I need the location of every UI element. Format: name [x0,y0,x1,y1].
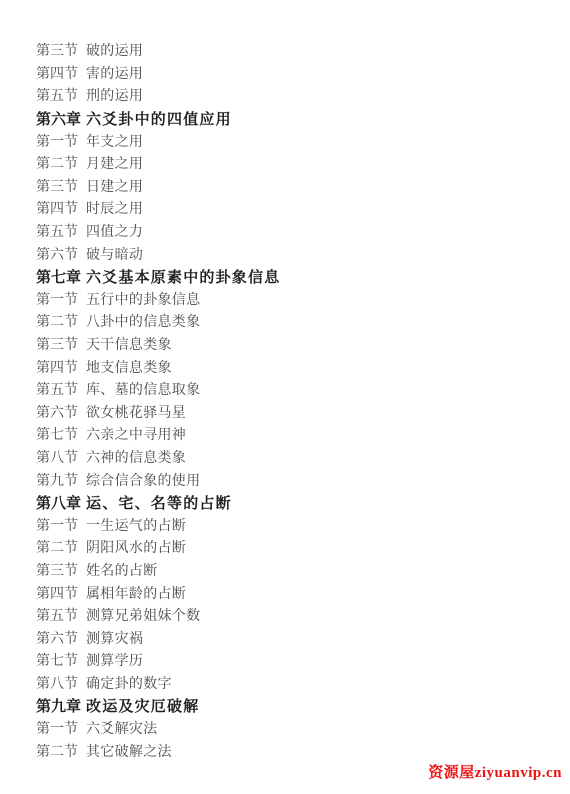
toc-entry-title: 破与暗动 [86,244,143,264]
toc-entry-title: 改运及灾厄破解 [86,695,199,716]
toc-entry-label: 第一节 [36,515,86,535]
toc-row: 第一节 一生运气的占断 [36,513,560,536]
toc-entry-label: 第二节 [36,741,86,761]
toc-row: 第一节 五行中的卦象信息 [36,288,560,311]
toc-row: 第三节 破的运用 [36,39,560,62]
toc-entry-title: 害的运用 [86,63,143,83]
toc-row: 第一节 六爻解灾法 [36,717,560,740]
toc-row: 第五节 四值之力 [36,220,560,243]
toc-entry-title: 刑的运用 [86,85,143,105]
toc-entry-title: 姓名的占断 [86,560,158,580]
watermark: 资源屋ziyuanvip.cn [428,761,562,782]
toc-entry-label: 第五节 [36,605,86,625]
toc-entry-title: 地支信息类象 [86,357,172,377]
toc-entry-title: 属相年龄的占断 [86,583,186,603]
document-page: 第三节 破的运用 第四节 害的运用 第五节 刑的运用 第六章 六爻卦中的四值应用… [0,0,570,794]
toc-entry-label: 第三节 [36,176,86,196]
toc-entry-label: 第二节 [36,153,86,173]
toc-entry-title: 综合信合象的使用 [86,470,200,490]
toc-entry-title: 日建之用 [86,176,143,196]
toc-entry-label: 第三节 [36,40,86,60]
toc-entry-title: 天干信息类象 [86,334,172,354]
toc-entry-title: 四值之力 [86,221,143,241]
toc-row: 第七章 六爻基本原素中的卦象信息 [36,265,560,288]
toc-row: 第八节 六神的信息类象 [36,446,560,469]
toc-entry-label: 第三节 [36,560,86,580]
toc-entry-label: 第一节 [36,131,86,151]
toc-row: 第五节 刑的运用 [36,84,560,107]
toc-entry-title: 其它破解之法 [86,741,172,761]
toc-entry-title: 五行中的卦象信息 [86,289,200,309]
toc-row: 第六节 欲女桃花驿马星 [36,401,560,424]
toc-entry-title: 欲女桃花驿马星 [86,402,186,422]
toc-entry-label: 第五节 [36,221,86,241]
toc-entry-label: 第三节 [36,334,86,354]
toc-entry-label: 第五节 [36,85,86,105]
toc-entry-label: 第六节 [36,628,86,648]
toc-entry-title: 一生运气的占断 [86,515,186,535]
toc-entry-label: 第六章 [36,108,86,129]
toc-entry-title: 运、宅、名等的占断 [86,492,232,513]
toc-entry-title: 六亲之中寻用神 [86,424,186,444]
toc-row: 第九章 改运及灾厄破解 [36,694,560,717]
toc-entry-title: 六爻卦中的四值应用 [86,108,232,129]
toc-list: 第三节 破的运用 第四节 害的运用 第五节 刑的运用 第六章 六爻卦中的四值应用… [36,39,560,762]
toc-row: 第二节 月建之用 [36,152,560,175]
toc-entry-title: 阴阳风水的占断 [86,537,186,557]
toc-row: 第三节 姓名的占断 [36,559,560,582]
toc-row: 第八章 运、宅、名等的占断 [36,491,560,514]
toc-entry-label: 第八节 [36,673,86,693]
toc-row: 第八节 确定卦的数字 [36,672,560,695]
toc-entry-title: 月建之用 [86,153,143,173]
toc-row: 第二节 阴阳风水的占断 [36,536,560,559]
toc-row: 第五节 测算兄弟姐妹个数 [36,604,560,627]
toc-row: 第四节 时辰之用 [36,197,560,220]
toc-row: 第四节 害的运用 [36,62,560,85]
toc-entry-title: 时辰之用 [86,198,143,218]
toc-entry-label: 第一节 [36,289,86,309]
toc-entry-label: 第二节 [36,311,86,331]
toc-entry-label: 第四节 [36,583,86,603]
toc-row: 第九节 综合信合象的使用 [36,468,560,491]
toc-entry-label: 第一节 [36,718,86,738]
toc-entry-title: 测算学历 [86,650,143,670]
toc-entry-title: 测算灾祸 [86,628,143,648]
toc-row: 第六节 测算灾祸 [36,626,560,649]
toc-row: 第三节 日建之用 [36,175,560,198]
toc-entry-label: 第六节 [36,402,86,422]
toc-row: 第二节 其它破解之法 [36,739,560,762]
toc-entry-label: 第九章 [36,695,86,716]
toc-entry-label: 第七节 [36,650,86,670]
toc-row: 第六节 破与暗动 [36,242,560,265]
toc-entry-title: 破的运用 [86,40,143,60]
toc-entry-label: 第四节 [36,63,86,83]
toc-row: 第五节 库、墓的信息取象 [36,378,560,401]
toc-entry-label: 第八节 [36,447,86,467]
toc-entry-title: 六爻基本原素中的卦象信息 [86,266,280,287]
toc-entry-label: 第七章 [36,266,86,287]
toc-entry-label: 第九节 [36,470,86,490]
toc-entry-title: 库、墓的信息取象 [86,379,200,399]
toc-entry-label: 第六节 [36,244,86,264]
toc-row: 第七节 测算学历 [36,649,560,672]
toc-entry-label: 第五节 [36,379,86,399]
toc-entry-title: 六爻解灾法 [86,718,158,738]
toc-entry-title: 六神的信息类象 [86,447,186,467]
toc-row: 第七节 六亲之中寻用神 [36,423,560,446]
toc-entry-label: 第八章 [36,492,86,513]
toc-entry-label: 第四节 [36,198,86,218]
toc-row: 第四节 地支信息类象 [36,355,560,378]
toc-entry-label: 第四节 [36,357,86,377]
toc-entry-title: 八卦中的信息类象 [86,311,200,331]
toc-row: 第一节 年支之用 [36,129,560,152]
toc-entry-label: 第七节 [36,424,86,444]
toc-row: 第四节 属相年龄的占断 [36,581,560,604]
toc-row: 第三节 天干信息类象 [36,333,560,356]
toc-row: 第六章 六爻卦中的四值应用 [36,107,560,130]
toc-entry-title: 测算兄弟姐妹个数 [86,605,200,625]
toc-entry-label: 第二节 [36,537,86,557]
toc-row: 第二节 八卦中的信息类象 [36,310,560,333]
toc-entry-title: 年支之用 [86,131,143,151]
toc-entry-title: 确定卦的数字 [86,673,172,693]
